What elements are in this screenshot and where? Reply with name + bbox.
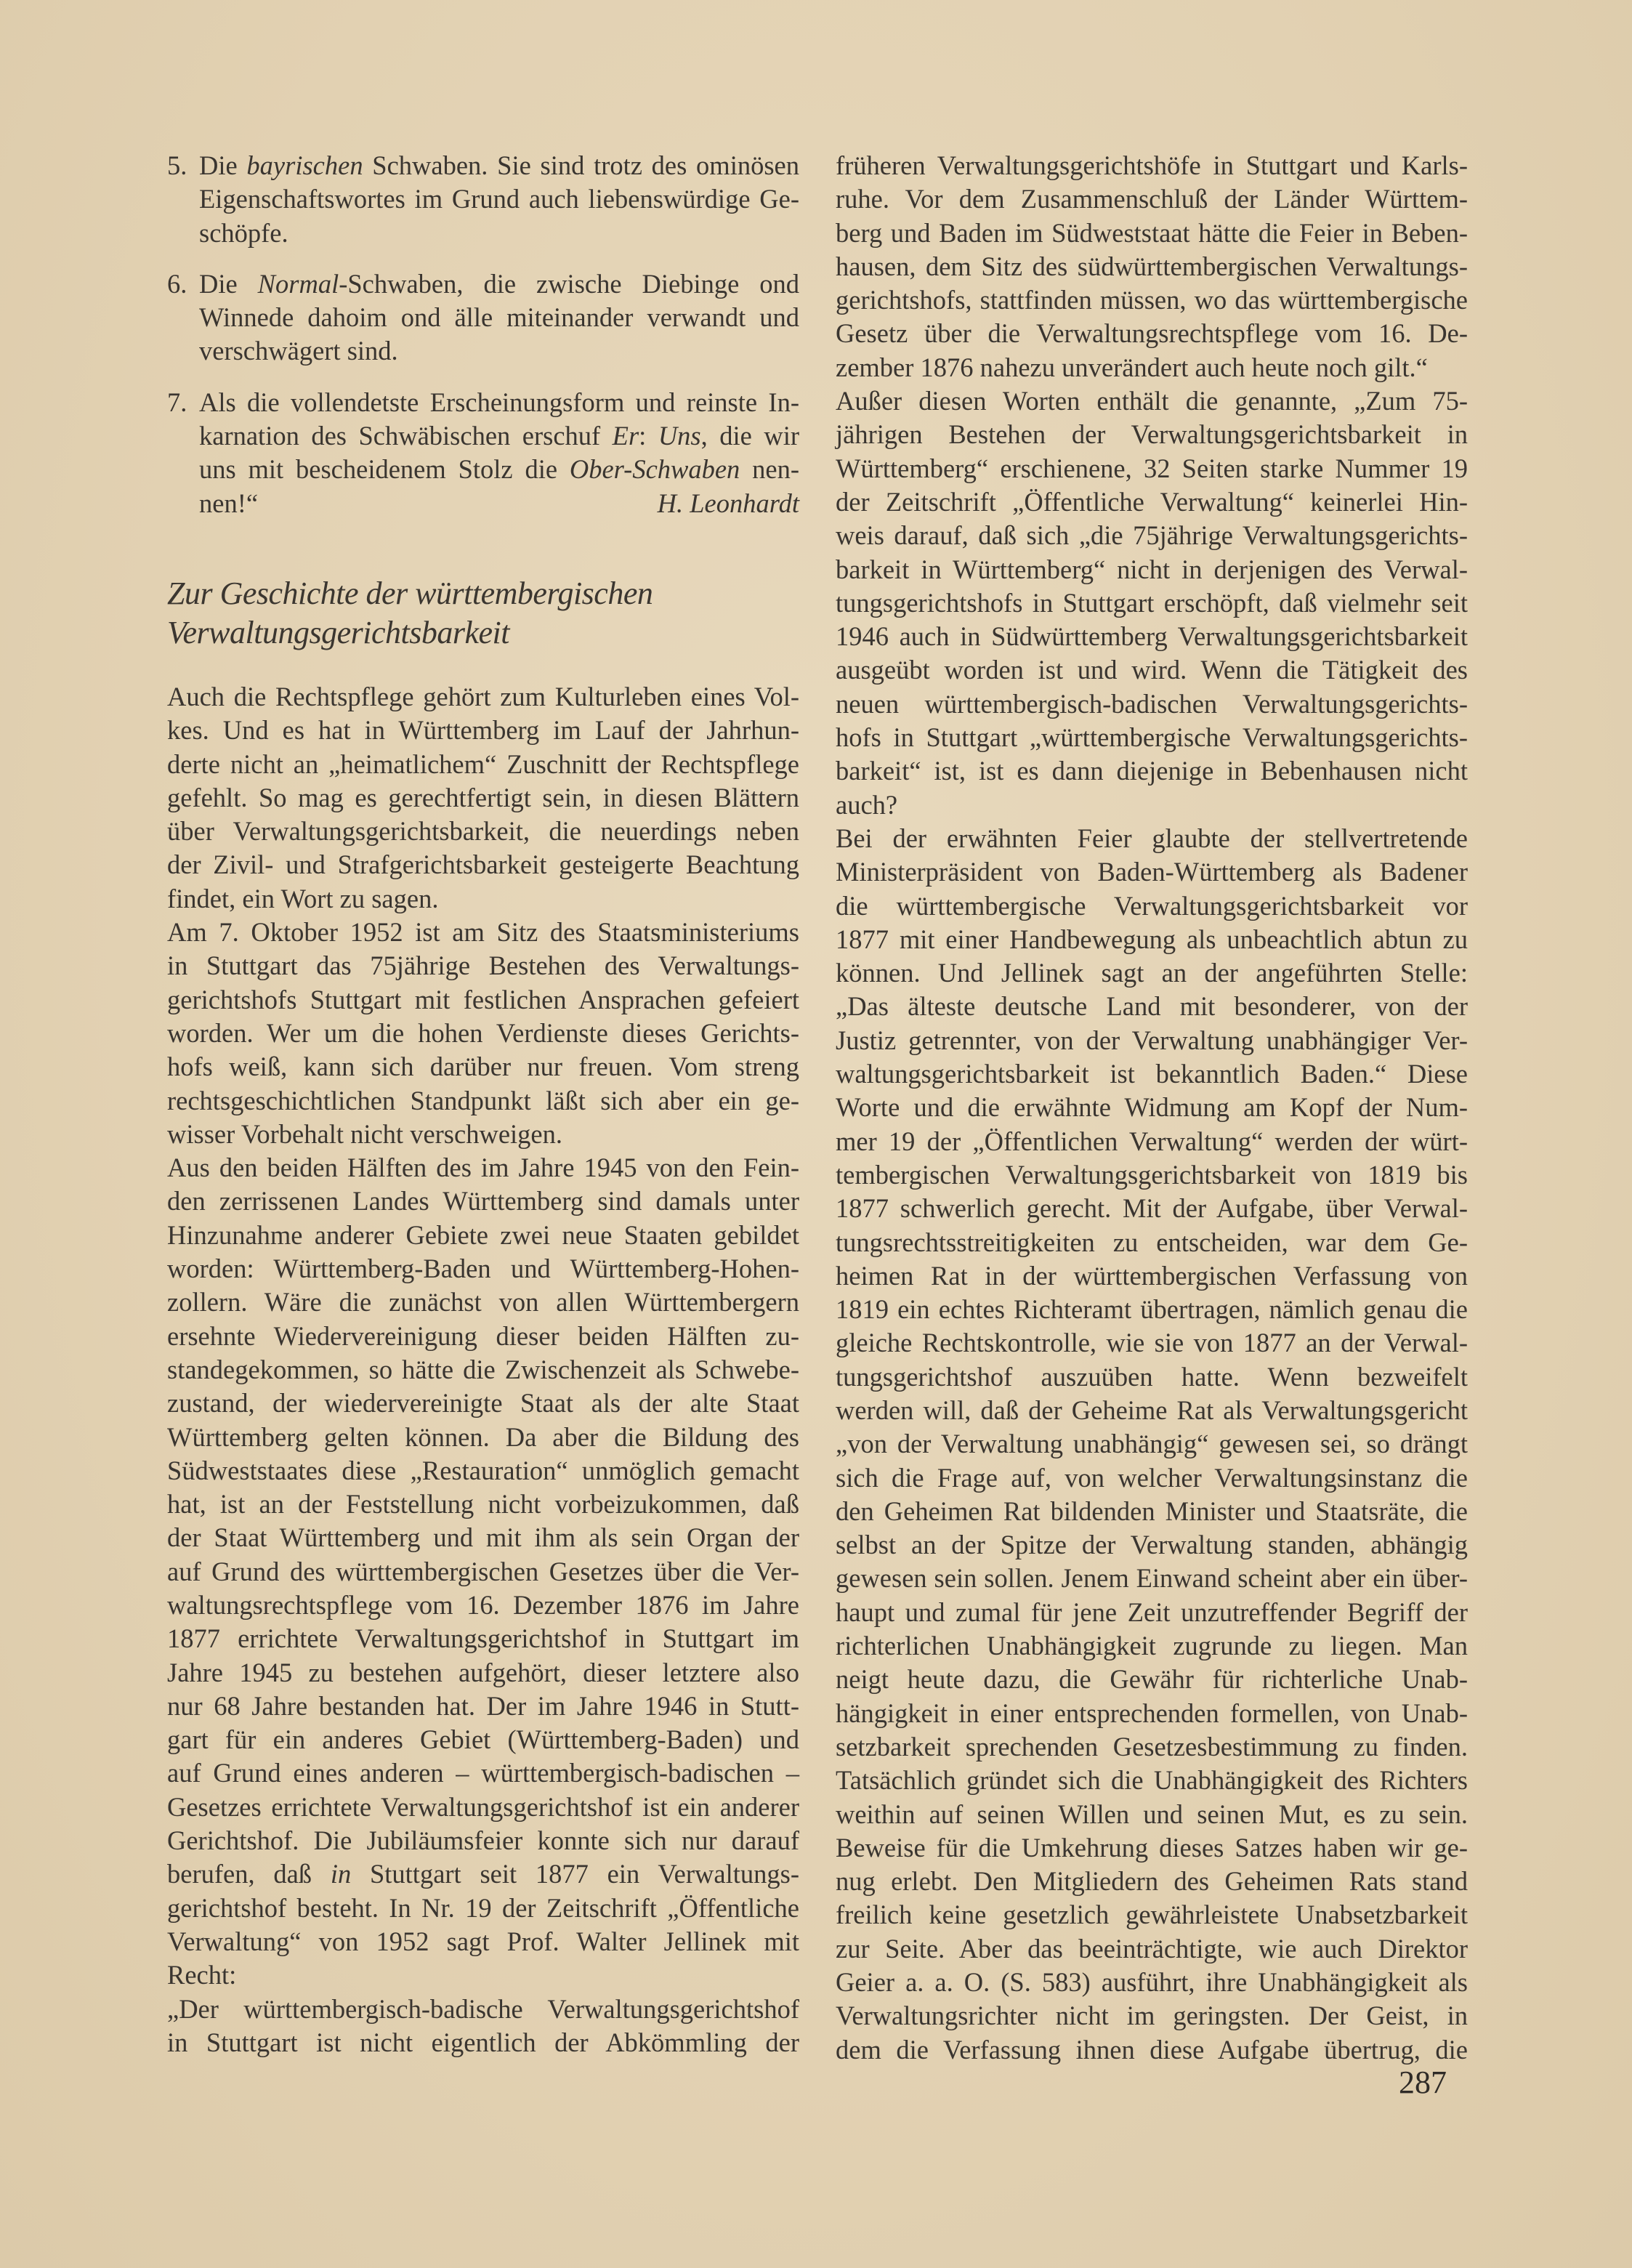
text-line: Verwaltung“ von 1952 sagt Prof. Walter J…	[167, 1925, 799, 1958]
page-number: 287	[1399, 2064, 1447, 2101]
text-line: 1877 errichtete Verwaltungsgerichtshof i…	[167, 1622, 799, 1655]
text-line: sich die Frage auf, von welcher Verwaltu…	[836, 1461, 1468, 1495]
text-line: wisser Vorbehalt nicht verschweigen.	[167, 1118, 799, 1151]
text-line: Justiz getrennter, von der Verwaltung un…	[836, 1024, 1468, 1057]
article-heading: Zur Geschichte der württembergischen Ver…	[167, 574, 799, 653]
text-line: richterlichen Unabhängigkeit zugrunde zu…	[836, 1629, 1468, 1663]
text-line: Am 7. Oktober 1952 ist am Sitz des Staat…	[167, 916, 799, 949]
text-line: tembergischen Verwaltungsgerichtsbarkeit…	[836, 1158, 1468, 1192]
text-line: freilich keine gesetzlich gewährleistete…	[836, 1898, 1468, 1932]
paragraph: Am 7. Oktober 1952 ist am Sitz des Staat…	[167, 916, 799, 1151]
text-line: waltungsrechtspflege vom 16. Dezember 18…	[167, 1589, 799, 1622]
text-line: Württemberg gelten können. Da aber die B…	[167, 1421, 799, 1454]
text-line: berufen, daß in Stuttgart seit 1877 ein …	[167, 1857, 799, 1891]
list-number: 7.	[167, 386, 187, 419]
text-line: hängigkeit in einer entsprechenden forme…	[836, 1697, 1468, 1730]
text-line: dem die Verfassung ihnen diese Aufgabe ü…	[836, 2033, 1468, 2067]
text-line: Auch die Rechtspflege gehört zum Kulturl…	[167, 680, 799, 714]
closing-line: nen!“H. Leonhardt	[199, 487, 799, 520]
text-line: Beweise für die Umkehrung dieses Satzes …	[836, 1831, 1468, 1865]
text-line: zustand, der wiedervereinigte Staat als …	[167, 1387, 799, 1420]
text-line: werden will, daß der Geheime Rat als Ver…	[836, 1394, 1468, 1427]
paragraph: Außer diesen Worten enthält die genannte…	[836, 384, 1468, 822]
text-line: setzbarkeit sprechenden Gesetzesbestimmu…	[836, 1730, 1468, 1764]
text-line: 1877 schwerlich gerecht. Mit der Aufgabe…	[836, 1192, 1468, 1225]
closing-text: nen!“	[199, 487, 258, 520]
numbered-list: 5.Die bayrischen Schwaben. Sie sind trot…	[167, 149, 799, 520]
text-line: Gesetzes errichtete Verwaltungsgerichtsh…	[167, 1791, 799, 1824]
text-line: über Verwaltungsgerichtsbarkeit, die neu…	[167, 815, 799, 848]
text-line: Bei der erwähnten Feier glaubte der stel…	[836, 822, 1468, 855]
text-line: derte nicht an „heimatlichem“ Zuschnitt …	[167, 748, 799, 781]
text-line: tungsrechtsstreitigkeiten zu entscheiden…	[836, 1226, 1468, 1259]
text-line: tungsgerichtshof auszuüben hatte. Wenn b…	[836, 1360, 1468, 1394]
text-line: Außer diesen Worten enthält die genannte…	[836, 384, 1468, 418]
paragraph: Auch die Rechtspflege gehört zum Kulturl…	[167, 680, 799, 916]
text-line: zember 1876 nahezu unverändert auch heut…	[836, 351, 1468, 384]
paragraph: „Der württembergisch-badische Verwaltung…	[167, 1993, 799, 2060]
text-line: weithin auf seinen Willen und seinen Mut…	[836, 1798, 1468, 1831]
paragraph: Bei der erwähnten Feier glaubte der stel…	[836, 822, 1468, 2067]
text-line: Als die vollendetste Erscheinungsform un…	[199, 386, 799, 419]
text-line: uns mit bescheidenem Stolz die Ober-Schw…	[199, 453, 799, 486]
heading-line: Verwaltungsgerichtsbarkeit	[167, 613, 799, 653]
text-line: „von der Verwaltung unabhängig“ gewesen …	[836, 1427, 1468, 1461]
text-line: gewesen sein sollen. Jenem Einwand schei…	[836, 1562, 1468, 1595]
list-number: 6.	[167, 267, 187, 301]
text-line: worden. Wer um die hohen Verdienste dies…	[167, 1017, 799, 1050]
text-line: 1819 ein echtes Richteramt übertragen, n…	[836, 1293, 1468, 1326]
text-line: gerichtshofs Stuttgart mit festlichen An…	[167, 983, 799, 1017]
text-line: ruhe. Vor dem Zusammenschluß der Länder …	[836, 182, 1468, 216]
text-line: verschwägert sind.	[199, 334, 799, 368]
text-line: „Das älteste deutsche Land mit besondere…	[836, 990, 1468, 1023]
text-line: gart für ein anderes Gebiet (Württemberg…	[167, 1723, 799, 1756]
text-line: früheren Verwaltungsgerichtshöfe in Stut…	[836, 149, 1468, 182]
text-line: karnation des Schwäbischen erschuf Er: U…	[199, 419, 799, 453]
text-line: der Zivil- und Strafgerichtsbarkeit gest…	[167, 848, 799, 881]
text-line: rechtsgeschichtlichen Standpunkt läßt si…	[167, 1084, 799, 1118]
list-item: 7.Als die vollendetste Erscheinungsform …	[167, 386, 799, 520]
text-line: mer 19 der „Öffentlichen Verwaltung“ wer…	[836, 1125, 1468, 1158]
text-line: Geier a. a. O. (S. 583) ausführt, ihre U…	[836, 1966, 1468, 1999]
list-number: 5.	[167, 149, 187, 182]
left-column: 5.Die bayrischen Schwaben. Sie sind trot…	[167, 149, 799, 2059]
text-line: auch?	[836, 788, 1468, 822]
text-line: gefehlt. So mag es gerechtfertigt sein, …	[167, 781, 799, 815]
text-line: der Zeitschrift „Öffentliche Verwaltung“…	[836, 485, 1468, 519]
text-line: Württemberg“ erschienene, 32 Seiten star…	[836, 452, 1468, 485]
list-item: 5.Die bayrischen Schwaben. Sie sind trot…	[167, 149, 799, 250]
text-line: gerichtshof besteht. In Nr. 19 der Zeits…	[167, 1892, 799, 1925]
text-line: der Staat Württemberg und mit ihm als se…	[167, 1521, 799, 1554]
text-line: Hinzunahme anderer Gebiete zwei neue Sta…	[167, 1219, 799, 1252]
text-line: standegekommen, so hätte die Zwischenzei…	[167, 1353, 799, 1387]
text-line: nur 68 Jahre bestanden hat. Der im Jahre…	[167, 1690, 799, 1723]
text-line: 1946 auch in Südwürttemberg Verwaltungsg…	[836, 620, 1468, 653]
text-line: schöpfe.	[199, 217, 799, 250]
text-line: gerichtshofs, stattfinden müssen, wo das…	[836, 283, 1468, 317]
text-line: in Stuttgart das 75jährige Bestehen des …	[167, 949, 799, 982]
text-line: Die Normal-Schwaben, die zwische Diebing…	[199, 267, 799, 301]
text-line: Gerichtshof. Die Jubiläumsfeier konnte s…	[167, 1824, 799, 1857]
text-line: waltungsgerichtsbarkeit ist bekanntlich …	[836, 1057, 1468, 1091]
text-line: Recht:	[167, 1958, 799, 1992]
text-line: findet, ein Wort zu sagen.	[167, 882, 799, 916]
text-line: Eigenschaftswortes im Grund auch liebens…	[199, 182, 799, 216]
text-line: selbst an der Spitze der Verwaltung stan…	[836, 1528, 1468, 1562]
text-line: zur Seite. Aber das beeinträchtigte, wie…	[836, 1932, 1468, 1966]
text-line: kes. Und es hat in Württemberg im Lauf d…	[167, 714, 799, 747]
text-line: Tatsächlich gründet sich die Unabhängigk…	[836, 1764, 1468, 1797]
text-line: 1877 mit einer Handbewegung als unbeacht…	[836, 923, 1468, 956]
text-line: Gesetz über die Verwaltungsrechtspflege …	[836, 317, 1468, 350]
text-line: hausen, dem Sitz des südwürttembergische…	[836, 250, 1468, 283]
text-line: jährigen Bestehen der Verwaltungsgericht…	[836, 418, 1468, 451]
text-line: haupt und zumal für jene Zeit unzutreffe…	[836, 1596, 1468, 1629]
text-line: tungsgerichtshofs in Stuttgart erschöpft…	[836, 586, 1468, 620]
text-line: „Der württembergisch-badische Verwaltung…	[167, 1993, 799, 2026]
text-line: gleiche Rechtskontrolle, wie sie von 187…	[836, 1326, 1468, 1360]
text-line: heimen Rat in der württembergischen Verf…	[836, 1259, 1468, 1293]
text-line: berg und Baden im Südweststaat hätte die…	[836, 217, 1468, 250]
right-body-text: früheren Verwaltungsgerichtshöfe in Stut…	[836, 149, 1468, 2067]
text-line: in Stuttgart ist nicht eigentlich der Ab…	[167, 2026, 799, 2059]
text-line: Aus den beiden Hälften des im Jahre 1945…	[167, 1151, 799, 1185]
text-line: zollern. Wäre die zunächst von allen Wür…	[167, 1286, 799, 1319]
text-line: barkeit“ ist, ist es dann diejenige in B…	[836, 754, 1468, 788]
text-line: neuen württembergisch-badischen Verwaltu…	[836, 687, 1468, 721]
text-line: ausgeübt worden ist und wird. Wenn die T…	[836, 653, 1468, 687]
text-line: den Geheimen Rat bildenden Minister und …	[836, 1495, 1468, 1528]
document-page: 5.Die bayrischen Schwaben. Sie sind trot…	[0, 0, 1632, 2268]
text-line: neigt heute dazu, die Gewähr für richter…	[836, 1663, 1468, 1696]
paragraph: Aus den beiden Hälften des im Jahre 1945…	[167, 1151, 799, 1992]
text-line: Jahre 1945 zu bestehen aufgehört, dieser…	[167, 1656, 799, 1690]
text-line: hofs weiß, kann sich darüber nur freuen.…	[167, 1050, 799, 1083]
text-line: hat, ist an der Feststellung nicht vorbe…	[167, 1488, 799, 1521]
text-line: hofs in Stuttgart „württembergische Verw…	[836, 721, 1468, 754]
text-line: können. Und Jellinek sagt an der angefüh…	[836, 956, 1468, 990]
text-line: Winnede dahoim ond älle miteinander verw…	[199, 301, 799, 334]
list-item: 6.Die Normal-Schwaben, die zwische Diebi…	[167, 267, 799, 368]
text-line: Südweststaates diese „Restauration“ unmö…	[167, 1454, 799, 1488]
text-line: barkeit in Württemberg“ nicht in derjeni…	[836, 553, 1468, 586]
text-line: die württembergische Verwaltungsgerichts…	[836, 889, 1468, 923]
author-signature: H. Leonhardt	[658, 487, 799, 520]
text-line: auf Grund des württembergischen Gesetzes…	[167, 1555, 799, 1589]
text-line: auf Grund eines anderen – württembergisc…	[167, 1756, 799, 1790]
paragraph: früheren Verwaltungsgerichtshöfe in Stut…	[836, 149, 1468, 384]
right-column: früheren Verwaltungsgerichtshöfe in Stut…	[836, 149, 1468, 2067]
text-line: Worte und die erwähnte Widmung am Kopf d…	[836, 1091, 1468, 1124]
text-line: Verwaltungsrichter nicht im geringsten. …	[836, 1999, 1468, 2033]
text-line: worden: Württemberg-Baden und Württember…	[167, 1252, 799, 1286]
heading-line: Zur Geschichte der württembergischen	[167, 574, 799, 613]
text-line: Die bayrischen Schwaben. Sie sind trotz …	[199, 149, 799, 182]
text-line: nug erlebt. Den Mitgliedern des Geheimen…	[836, 1865, 1468, 1898]
left-body-text: Auch die Rechtspflege gehört zum Kulturl…	[167, 680, 799, 2059]
text-line: weis darauf, daß sich „die 75jährige Ver…	[836, 519, 1468, 552]
text-line: Ministerpräsident von Baden-Württemberg …	[836, 855, 1468, 889]
text-line: ersehnte Wiedervereinigung dieser beiden…	[167, 1320, 799, 1353]
text-line: den zerrissenen Landes Württemberg sind …	[167, 1185, 799, 1218]
